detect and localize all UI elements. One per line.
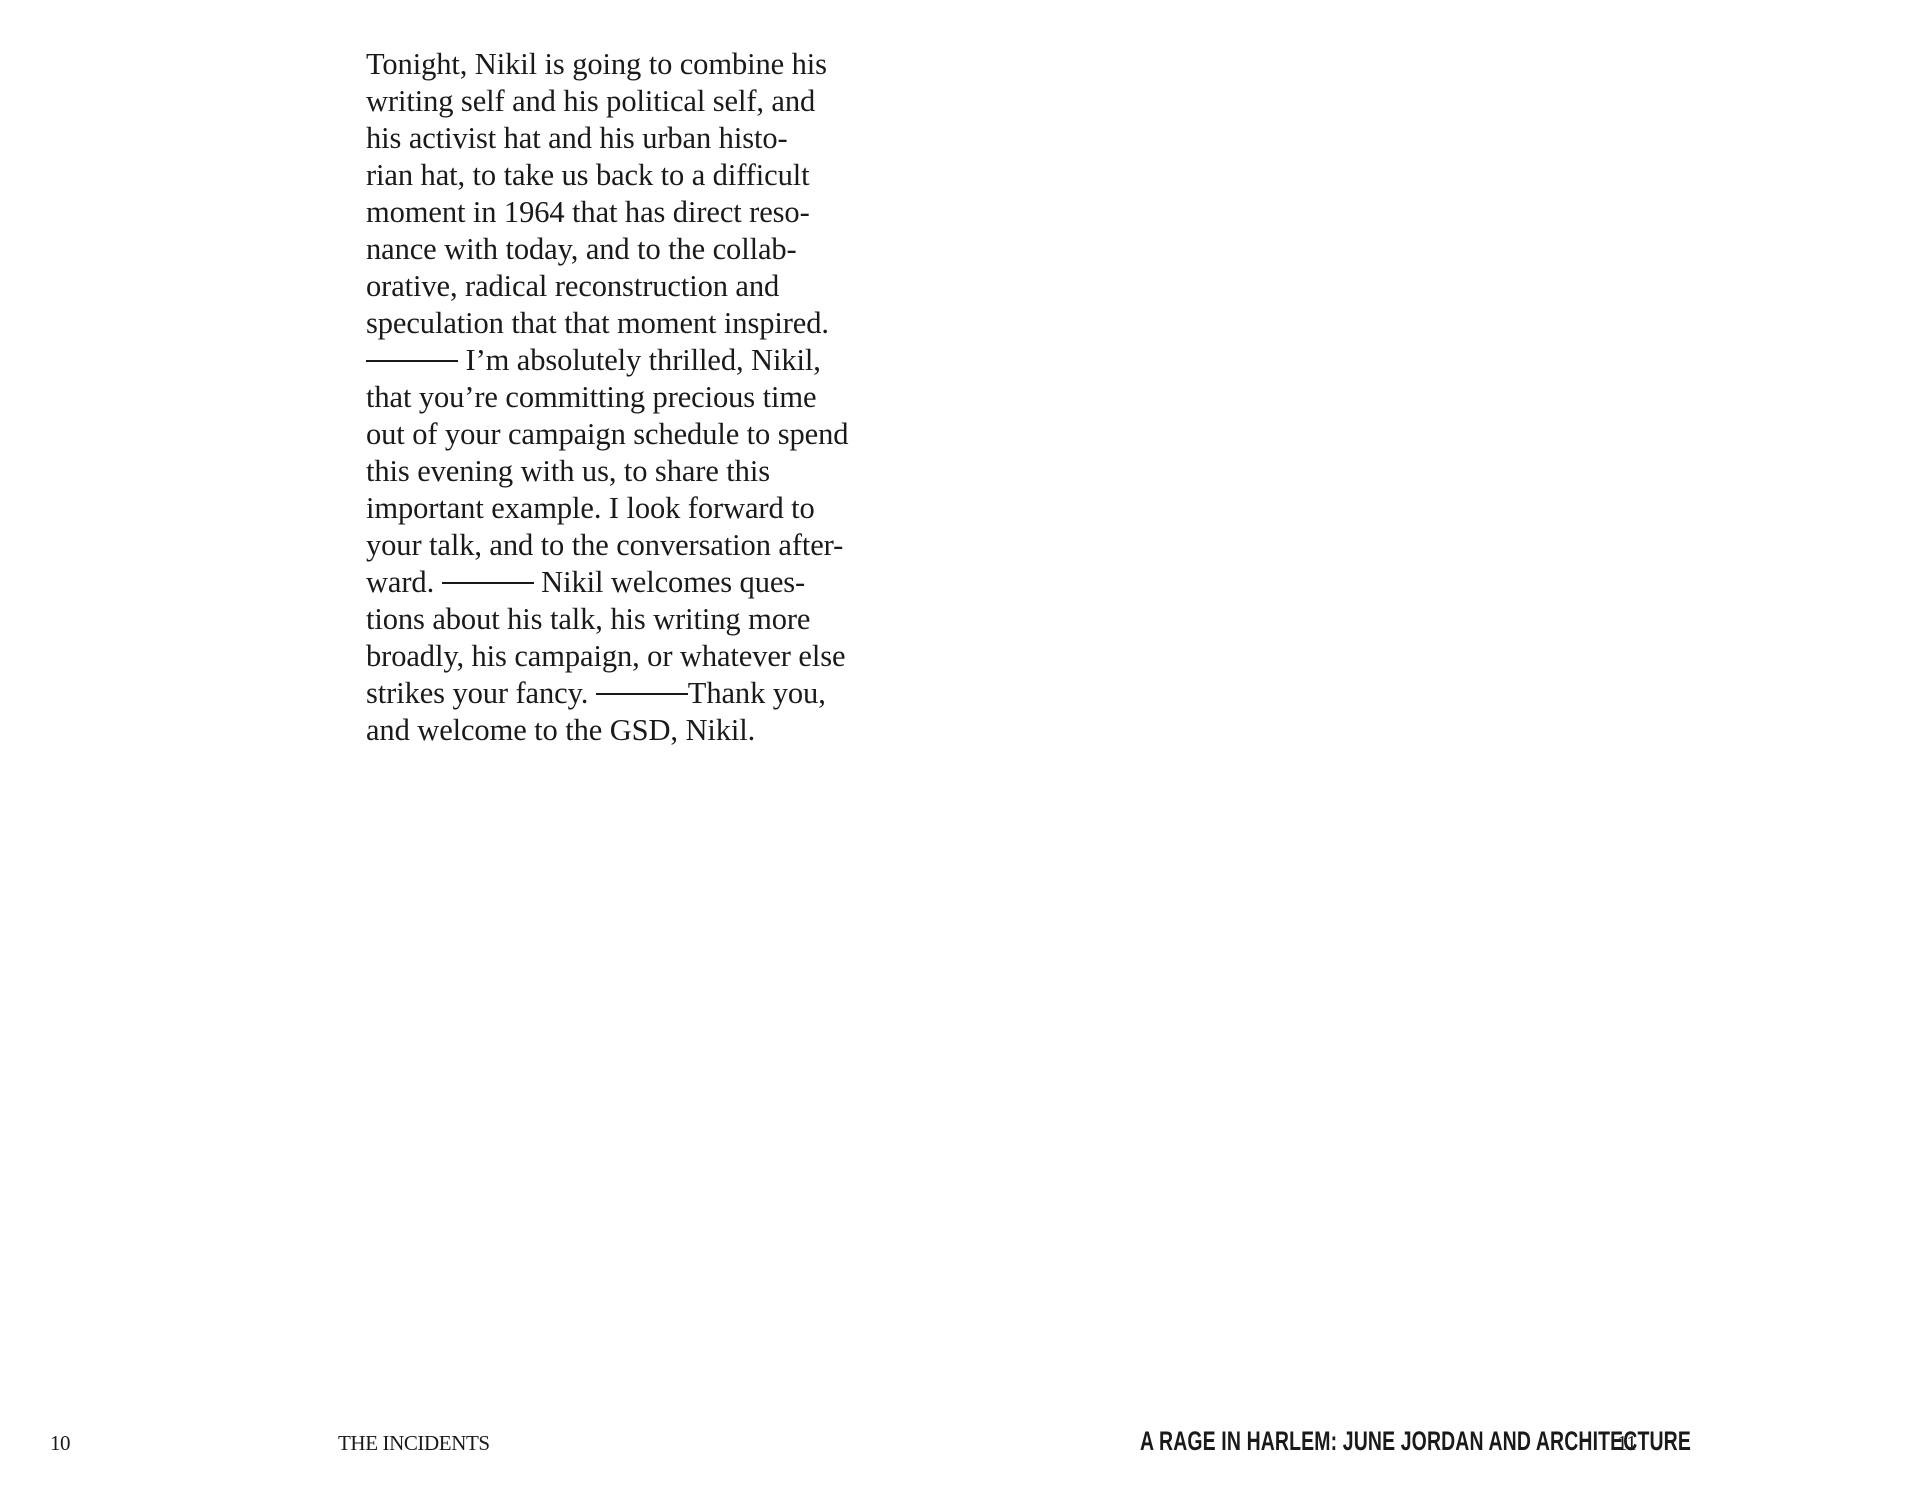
left-page: Tonight, Nikil is going to combine his w… — [0, 0, 963, 1500]
body-text: Tonight, Nikil is going to combine his w… — [366, 46, 886, 749]
text-segment: Nikil welcomes ques- — [534, 565, 806, 599]
text-line: nance with today, and to the collab- — [366, 231, 886, 268]
text-line: writing self and his political self, and — [366, 83, 886, 120]
text-line: and welcome to the GSD, Nikil. — [366, 712, 886, 749]
running-head-right: A RAGE IN HARLEM: JUNE JORDAN AND ARCHIT… — [1140, 1427, 1691, 1455]
running-head-left: THE INCIDENTS — [338, 1431, 490, 1455]
text-line: rian hat, to take us back to a difficult — [366, 157, 886, 194]
text-segment: Thank you, — [688, 676, 826, 710]
text-line: his activist hat and his urban histo- — [366, 120, 886, 157]
section-dash-rule — [442, 582, 534, 584]
page-number-left: 10 — [50, 1431, 70, 1455]
book-spread: Tonight, Nikil is going to combine his w… — [0, 0, 1927, 1500]
section-dash-rule — [366, 360, 458, 362]
text-line: important example. I look forward to — [366, 490, 886, 527]
text-line: ward. Nikil welcomes ques- — [366, 564, 886, 601]
text-segment: I’m absolutely thrilled, Nikil, — [458, 343, 821, 377]
text-segment: strikes your fancy. — [366, 676, 596, 710]
text-line: out of your campaign schedule to spend — [366, 416, 886, 453]
text-line: speculation that that moment inspired. — [366, 305, 886, 342]
section-dash-rule — [596, 693, 688, 695]
text-line: tions about his talk, his writing more — [366, 601, 886, 638]
text-segment: ward. — [366, 565, 442, 599]
text-line: strikes your fancy. Thank you, — [366, 675, 886, 712]
text-line: orative, radical reconstruction and — [366, 268, 886, 305]
text-line: broadly, his campaign, or whatever else — [366, 638, 886, 675]
text-line: Tonight, Nikil is going to combine his — [366, 46, 886, 83]
text-line: your talk, and to the conversation after… — [366, 527, 886, 564]
text-line: moment in 1964 that has direct reso- — [366, 194, 886, 231]
right-page — [964, 0, 1927, 1500]
text-line: I’m absolutely thrilled, Nikil, — [366, 342, 886, 379]
text-line: this evening with us, to share this — [366, 453, 886, 490]
text-line: that you’re committing precious time — [366, 379, 886, 416]
page-number-right: 11 — [1617, 1431, 1636, 1455]
